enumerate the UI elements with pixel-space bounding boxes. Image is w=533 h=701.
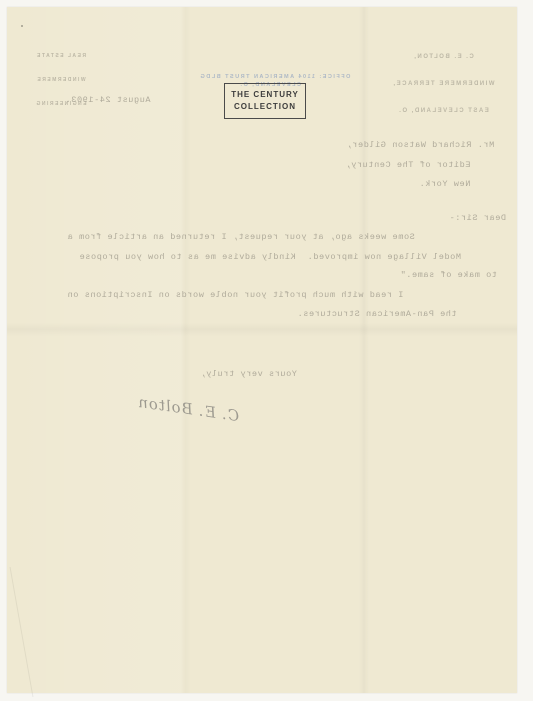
paper-fold-crease: [10, 567, 54, 697]
century-collection-stamp: THE CENTURY COLLECTION: [224, 83, 306, 119]
recipient-line: Editor of The Century,: [345, 160, 470, 170]
letter-sheet: REAL ESTATE WINDERMERE ENGINEERING C. E.…: [7, 7, 517, 693]
letterhead-office-line: OFFICE: 1104 AMERICAN TRUST BLDG: [199, 74, 350, 80]
ink-speck: [21, 25, 23, 27]
body-line: Model Village now improved. Kindly advis…: [79, 252, 461, 262]
body-line: Some weeks ago, at your request, I retur…: [67, 232, 415, 242]
recipient-line: Mr. Richard Watson Gilder,: [346, 140, 494, 150]
salutation: Dear Sir:-: [449, 213, 506, 223]
handwritten-signature: C. E. Bolton: [136, 393, 240, 425]
recipient-line: New York.: [419, 179, 470, 189]
letterhead-right-line: WINDERMERE TERRACE,: [392, 80, 495, 89]
letterhead-left-block: REAL ESTATE WINDERMERE ENGINEERING: [35, 36, 87, 124]
letterhead-right-block: C. E. BOLTON, WINDERMERE TERRACE, EAST C…: [392, 35, 495, 134]
closing-line: Yours very truly,: [200, 369, 297, 379]
body-line: to make of same.": [400, 270, 497, 280]
body-line: I read with much profit your noble words…: [67, 290, 403, 300]
letterhead-left-line: WINDERMERE: [35, 76, 87, 84]
letterhead-right-line: EAST CLEVELAND, O.: [392, 107, 495, 116]
stamp-line-1: THE CENTURY: [231, 89, 299, 101]
letterhead-left-line: REAL ESTATE: [35, 52, 87, 60]
letter-date: August 24-1903.: [65, 95, 151, 105]
stamp-line-2: COLLECTION: [234, 101, 296, 113]
letterhead-right-line: C. E. BOLTON,: [392, 53, 495, 62]
body-line: the Pan-American Structures.: [297, 309, 457, 319]
